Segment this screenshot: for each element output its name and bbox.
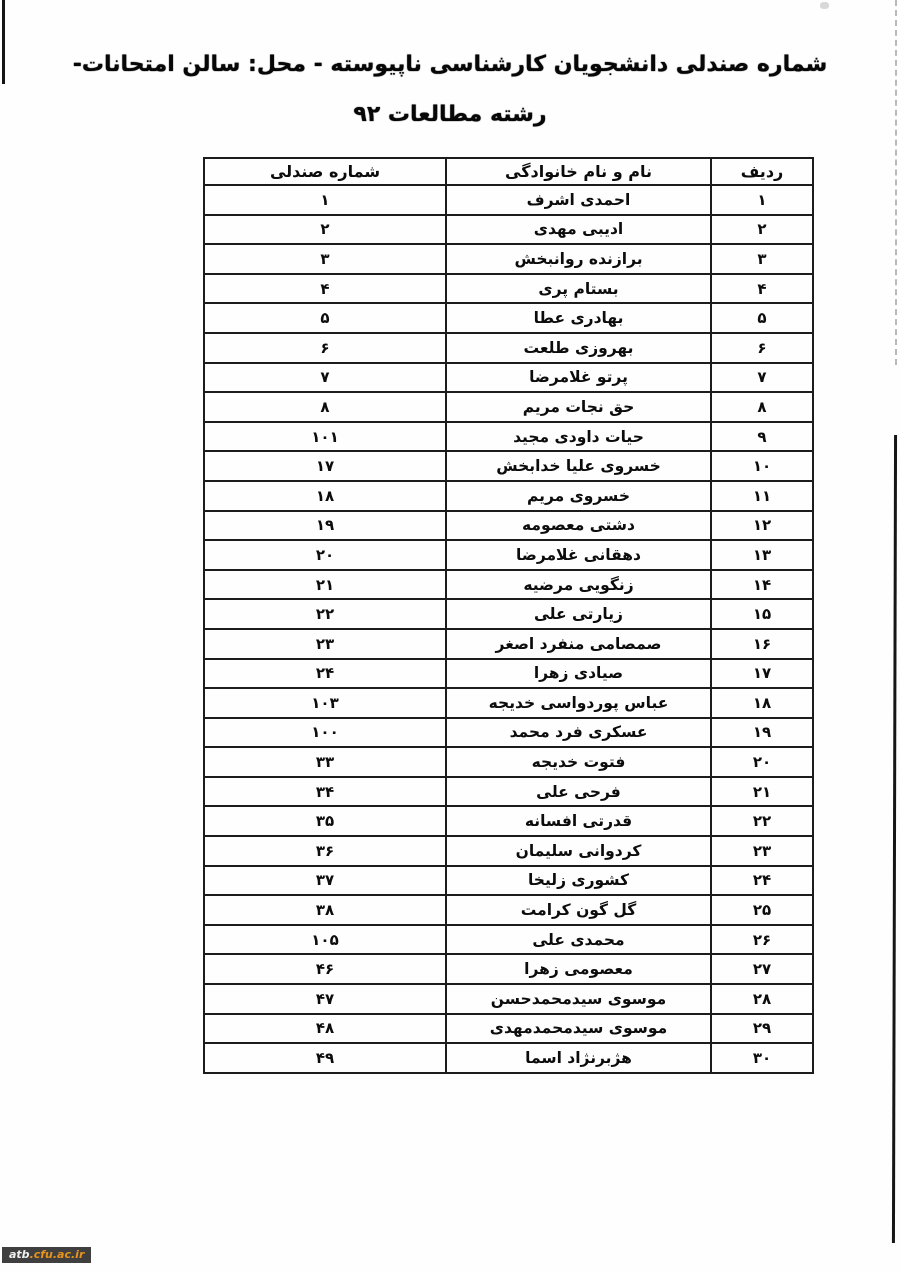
table-row: ۲ادیبی مهدی۲: [204, 215, 813, 245]
seat-number-cell: ۱۰۰: [204, 718, 446, 748]
student-name-cell: فتوت خدیجه: [446, 747, 711, 777]
row-number-cell: ۱۴: [711, 570, 813, 600]
table-row: ۲۴کشوری زلیخا۳۷: [204, 866, 813, 896]
seat-number-cell: ۲۰: [204, 540, 446, 570]
seat-number-cell: ۴۸: [204, 1014, 446, 1044]
row-number-cell: ۶: [711, 333, 813, 363]
student-name-cell: صیادی زهرا: [446, 659, 711, 689]
table-row: ۲۸موسوی سیدمحمدحسن۴۷: [204, 984, 813, 1014]
document-title-line2: رشته مطالعات ۹۲: [60, 90, 840, 140]
table-row: ۱۹عسکری فرد محمد۱۰۰: [204, 718, 813, 748]
row-number-cell: ۲۰: [711, 747, 813, 777]
table-row: ۱۵زیارتی علی۲۲: [204, 599, 813, 629]
table-row: ۱۴زنگویی مرضیه۲۱: [204, 570, 813, 600]
seat-number-cell: ۲۱: [204, 570, 446, 600]
student-name-cell: هژبرنژاد اسما: [446, 1043, 711, 1073]
row-number-cell: ۸: [711, 392, 813, 422]
seat-number-cell: ۲: [204, 215, 446, 245]
row-number-cell: ۱۱: [711, 481, 813, 511]
document-title-line1: شماره صندلی دانشجویان کارشناسی ناپیوسته …: [60, 40, 840, 90]
seat-number-cell: ۱: [204, 185, 446, 215]
table-row: ۲۳کردوانی سلیمان۳۶: [204, 836, 813, 866]
table-row: ۱احمدی اشرف۱: [204, 185, 813, 215]
table-row: ۸حق نجات مریم۸: [204, 392, 813, 422]
seat-number-cell: ۶: [204, 333, 446, 363]
row-number-cell: ۴: [711, 274, 813, 304]
table-row: ۵بهادری عطا۵: [204, 303, 813, 333]
seat-number-cell: ۳۸: [204, 895, 446, 925]
student-name-cell: خسروی مریم: [446, 481, 711, 511]
seat-number-cell: ۴۷: [204, 984, 446, 1014]
student-name-cell: بستام پری: [446, 274, 711, 304]
scan-artifact-smudge: [820, 2, 829, 9]
seat-number-cell: ۱۷: [204, 451, 446, 481]
watermark-prefix: atb: [9, 1248, 30, 1261]
row-number-cell: ۲۴: [711, 866, 813, 896]
row-number-cell: ۱۵: [711, 599, 813, 629]
seat-number-cell: ۱۰۳: [204, 688, 446, 718]
seat-number-cell: ۱۸: [204, 481, 446, 511]
row-number-cell: ۲۶: [711, 925, 813, 955]
student-name-cell: کشوری زلیخا: [446, 866, 711, 896]
student-name-cell: معصومی زهرا: [446, 954, 711, 984]
table-row: ۷پرتو غلامرضا۷: [204, 363, 813, 393]
seat-number-cell: ۱۰۵: [204, 925, 446, 955]
table-header: ردیف نام و نام خانوادگی شماره صندلی: [204, 158, 813, 185]
table-row: ۱۳دهقانی غلامرضا۲۰: [204, 540, 813, 570]
row-number-cell: ۱۸: [711, 688, 813, 718]
table-row: ۲۲قدرتی افسانه۳۵: [204, 806, 813, 836]
scan-artifact-left-line: [2, 0, 5, 84]
row-number-cell: ۲۵: [711, 895, 813, 925]
scan-artifact-right-dashed-line: [895, 0, 897, 365]
seat-number-cell: ۳۴: [204, 777, 446, 807]
student-name-cell: حق نجات مریم: [446, 392, 711, 422]
watermark-suffix: .cfu.ac.ir: [30, 1248, 85, 1261]
table-row: ۴بستام پری۴: [204, 274, 813, 304]
seat-number-cell: ۳۵: [204, 806, 446, 836]
table-row: ۲۰فتوت خدیجه۳۳: [204, 747, 813, 777]
table-row: ۱۰خسروی علیا خدابخش۱۷: [204, 451, 813, 481]
student-name-cell: پرتو غلامرضا: [446, 363, 711, 393]
seat-number-cell: ۱۰۱: [204, 422, 446, 452]
student-name-cell: بهادری عطا: [446, 303, 711, 333]
student-name-cell: عباس پوردواسی خدیجه: [446, 688, 711, 718]
row-number-cell: ۲۸: [711, 984, 813, 1014]
student-name-cell: دشتی معصومه: [446, 511, 711, 541]
row-number-cell: ۱۲: [711, 511, 813, 541]
seat-number-cell: ۴۹: [204, 1043, 446, 1073]
row-number-cell: ۱: [711, 185, 813, 215]
seat-number-cell: ۳۶: [204, 836, 446, 866]
row-number-cell: ۲۲: [711, 806, 813, 836]
student-name-cell: دهقانی غلامرضا: [446, 540, 711, 570]
student-name-cell: برازنده روانبخش: [446, 244, 711, 274]
header-seat-number: شماره صندلی: [204, 158, 446, 185]
table-header-row: ردیف نام و نام خانوادگی شماره صندلی: [204, 158, 813, 185]
row-number-cell: ۵: [711, 303, 813, 333]
row-number-cell: ۲۱: [711, 777, 813, 807]
student-name-cell: زیارتی علی: [446, 599, 711, 629]
table-row: ۲۶محمدی علی۱۰۵: [204, 925, 813, 955]
student-name-cell: حیات داودی مجید: [446, 422, 711, 452]
table-row: ۶بهروزی طلعت۶: [204, 333, 813, 363]
table-row: ۱۸عباس پوردواسی خدیجه۱۰۳: [204, 688, 813, 718]
row-number-cell: ۲۳: [711, 836, 813, 866]
scan-artifact-right-line: [892, 435, 897, 1243]
table-row: ۳برازنده روانبخش۳: [204, 244, 813, 274]
student-name-cell: ادیبی مهدی: [446, 215, 711, 245]
student-name-cell: احمدی اشرف: [446, 185, 711, 215]
header-radif: ردیف: [711, 158, 813, 185]
student-name-cell: فرحی علی: [446, 777, 711, 807]
row-number-cell: ۷: [711, 363, 813, 393]
seat-number-cell: ۲۴: [204, 659, 446, 689]
row-number-cell: ۱۶: [711, 629, 813, 659]
seat-number-cell: ۴: [204, 274, 446, 304]
row-number-cell: ۲۹: [711, 1014, 813, 1044]
table-row: ۲۹موسوی سیدمحمدمهدی۴۸: [204, 1014, 813, 1044]
row-number-cell: ۳: [711, 244, 813, 274]
seat-number-cell: ۸: [204, 392, 446, 422]
seat-number-cell: ۴۶: [204, 954, 446, 984]
table-row: ۱۱خسروی مریم۱۸: [204, 481, 813, 511]
row-number-cell: ۱۹: [711, 718, 813, 748]
table-row: ۲۷معصومی زهرا۴۶: [204, 954, 813, 984]
student-name-cell: محمدی علی: [446, 925, 711, 955]
student-name-cell: موسوی سیدمحمدمهدی: [446, 1014, 711, 1044]
watermark-badge: atb.cfu.ac.ir: [2, 1247, 91, 1263]
seat-number-cell: ۳: [204, 244, 446, 274]
student-name-cell: زنگویی مرضیه: [446, 570, 711, 600]
row-number-cell: ۲: [711, 215, 813, 245]
row-number-cell: ۱۷: [711, 659, 813, 689]
row-number-cell: ۹: [711, 422, 813, 452]
student-name-cell: گل گون کرامت: [446, 895, 711, 925]
student-name-cell: قدرتی افسانه: [446, 806, 711, 836]
student-name-cell: موسوی سیدمحمدحسن: [446, 984, 711, 1014]
seat-number-cell: ۱۹: [204, 511, 446, 541]
student-name-cell: عسکری فرد محمد: [446, 718, 711, 748]
table-row: ۳۰هژبرنژاد اسما۴۹: [204, 1043, 813, 1073]
table-row: ۱۶صمصامی منفرد اصغر۲۳: [204, 629, 813, 659]
seat-number-cell: ۷: [204, 363, 446, 393]
row-number-cell: ۳۰: [711, 1043, 813, 1073]
row-number-cell: ۱۰: [711, 451, 813, 481]
table-row: ۱۲دشتی معصومه۱۹: [204, 511, 813, 541]
table-row: ۱۷صیادی زهرا۲۴: [204, 659, 813, 689]
table-row: ۲۵گل گون کرامت۳۸: [204, 895, 813, 925]
seat-number-cell: ۲۲: [204, 599, 446, 629]
student-name-cell: بهروزی طلعت: [446, 333, 711, 363]
table-row: ۹حیات داودی مجید۱۰۱: [204, 422, 813, 452]
seat-number-cell: ۲۳: [204, 629, 446, 659]
seat-number-cell: ۳۷: [204, 866, 446, 896]
seat-number-cell: ۳۳: [204, 747, 446, 777]
student-name-cell: کردوانی سلیمان: [446, 836, 711, 866]
table-row: ۲۱فرحی علی۳۴: [204, 777, 813, 807]
row-number-cell: ۱۳: [711, 540, 813, 570]
scanned-document-page: شماره صندلی دانشجویان کارشناسی ناپیوسته …: [0, 0, 900, 1273]
document-title: شماره صندلی دانشجویان کارشناسی ناپیوسته …: [60, 40, 840, 140]
header-name: نام و نام خانوادگی: [446, 158, 711, 185]
row-number-cell: ۲۷: [711, 954, 813, 984]
seat-number-cell: ۵: [204, 303, 446, 333]
student-name-cell: صمصامی منفرد اصغر: [446, 629, 711, 659]
table-body: ۱احمدی اشرف۱۲ادیبی مهدی۲۳برازنده روانبخش…: [204, 185, 813, 1073]
seat-assignment-table: ردیف نام و نام خانوادگی شماره صندلی ۱احم…: [203, 157, 814, 1074]
student-name-cell: خسروی علیا خدابخش: [446, 451, 711, 481]
